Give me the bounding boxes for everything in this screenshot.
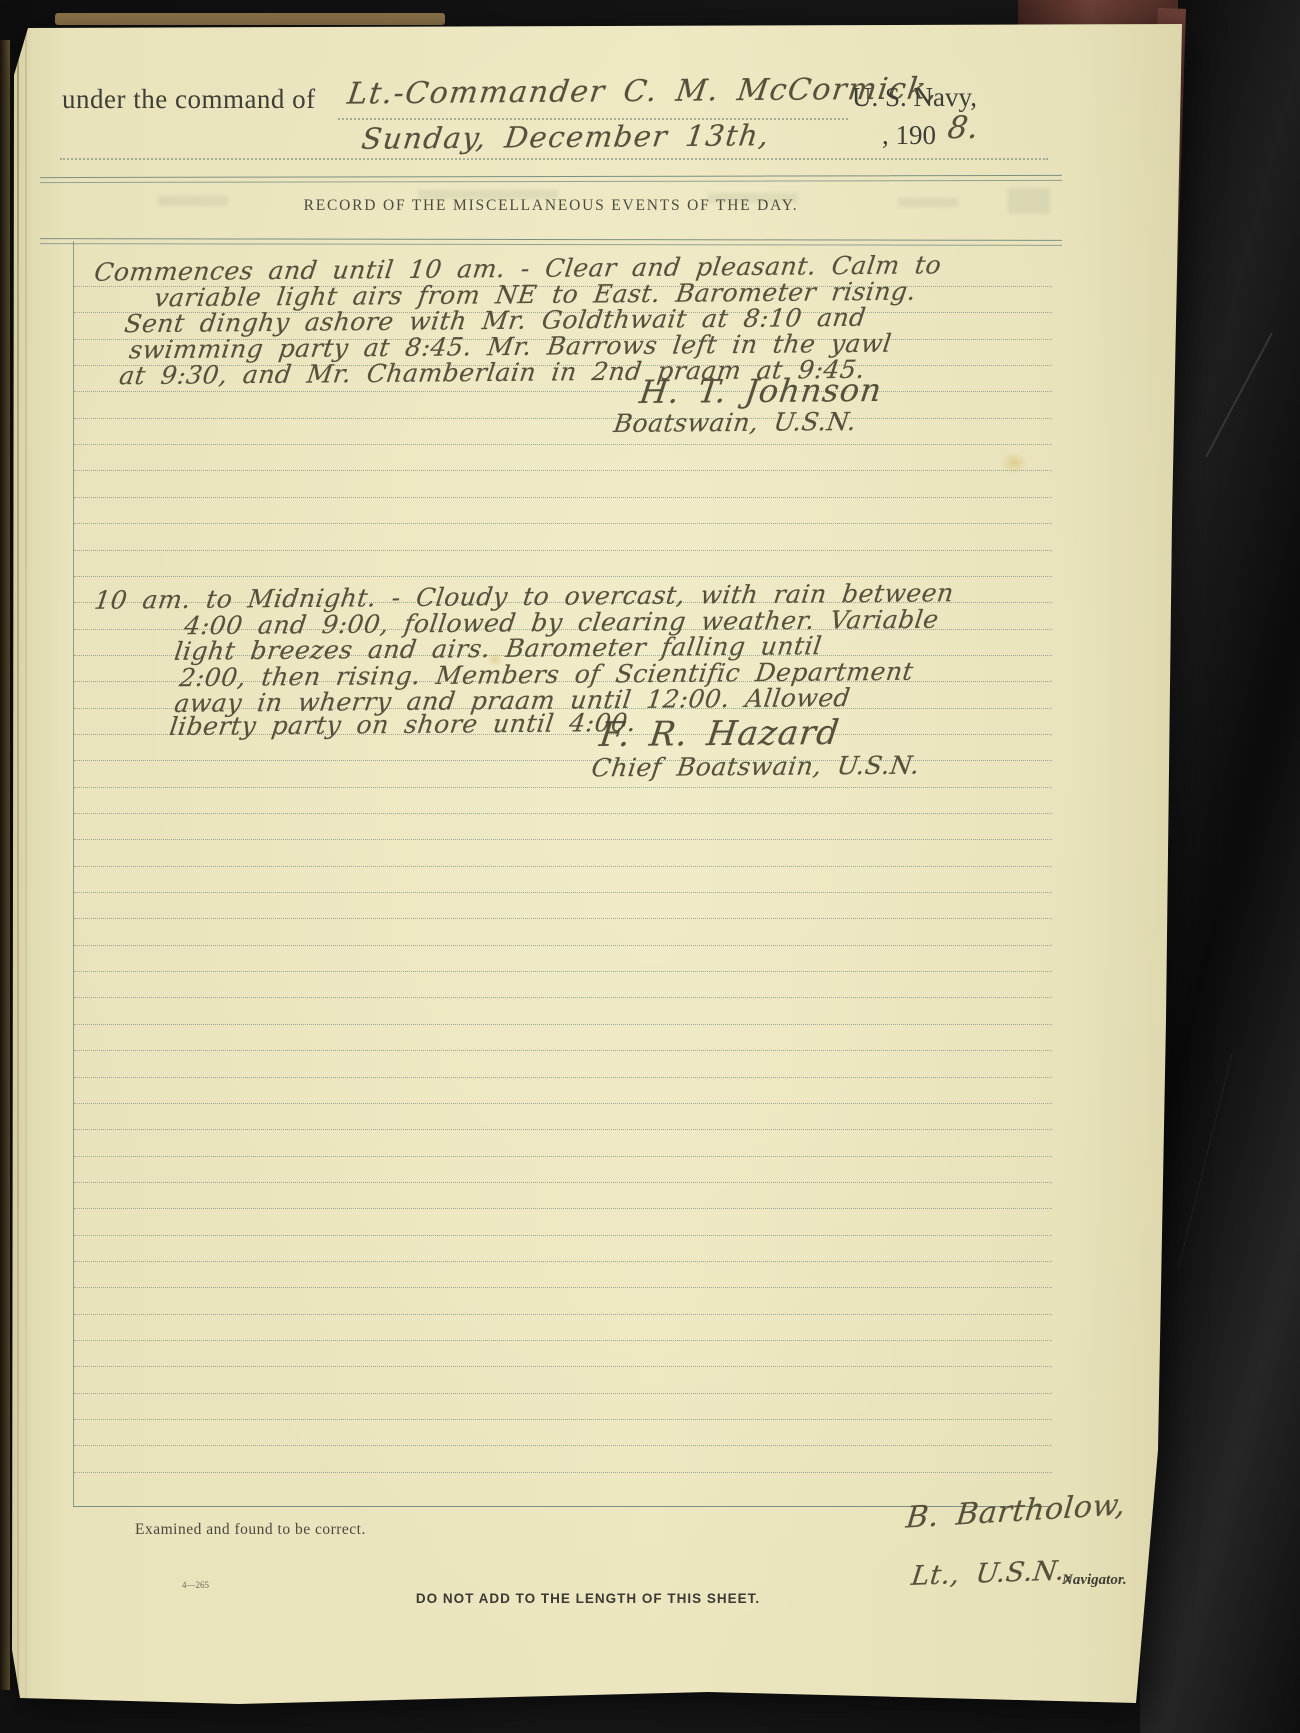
handwritten-dash bbox=[8, 19, 96, 23]
entry-line: liberty party on shore until 4:00. bbox=[168, 708, 638, 741]
ruled-line bbox=[74, 550, 1052, 551]
year-printed-label: , 190 bbox=[882, 120, 936, 151]
ruled-line bbox=[74, 813, 1052, 814]
binding-crease bbox=[25, 20, 27, 1712]
ruled-line bbox=[74, 470, 1052, 471]
ruled-line bbox=[74, 1024, 1052, 1025]
ruled-line bbox=[74, 1287, 1052, 1288]
ruled-line bbox=[74, 1393, 1052, 1394]
ruled-line bbox=[74, 1156, 1052, 1157]
ruled-line bbox=[74, 892, 1052, 893]
ruled-line bbox=[74, 1314, 1052, 1315]
section-heading: RECORD OF THE MISCELLANEOUS EVENTS OF TH… bbox=[40, 197, 1062, 215]
ruled-line bbox=[74, 1103, 1052, 1104]
ruled-line bbox=[74, 866, 1052, 867]
ruled-line bbox=[74, 1445, 1052, 1446]
ruled-line bbox=[74, 1129, 1052, 1130]
ruled-line bbox=[74, 1261, 1052, 1262]
binding-crease bbox=[17, 20, 19, 1712]
ruled-line bbox=[74, 444, 1052, 445]
background-scratch bbox=[1205, 333, 1272, 458]
ruled-line bbox=[74, 497, 1052, 498]
ruled-line bbox=[74, 971, 1052, 972]
ruled-line bbox=[74, 1077, 1052, 1078]
ruled-line bbox=[74, 1419, 1052, 1420]
ruled-line bbox=[74, 1235, 1052, 1236]
length-warning: DO NOT ADD TO THE LENGTH OF THIS SHEET. bbox=[368, 1591, 808, 1606]
logbook-page-wrap: under the command of Lt.-Commander C. M.… bbox=[8, 20, 1188, 1712]
ruled-line bbox=[74, 418, 1052, 419]
ruled-line bbox=[74, 918, 1052, 919]
ruled-line bbox=[74, 576, 1052, 577]
ruled-line bbox=[74, 945, 1052, 946]
double-rule bbox=[40, 238, 1062, 246]
ruled-line bbox=[74, 1472, 1052, 1473]
entry-signature: F. R. Hazard bbox=[597, 713, 842, 755]
ruled-line bbox=[74, 523, 1052, 524]
command-prefix-label: under the command of bbox=[62, 84, 316, 115]
entry-signature-title: Boatswain, U.S.N. bbox=[612, 407, 858, 438]
ruled-line bbox=[74, 1208, 1052, 1209]
ruled-line bbox=[74, 1050, 1052, 1051]
ruled-line bbox=[74, 787, 1052, 788]
navigator-rank-handwriting: Lt., U.S.N., bbox=[910, 1555, 1076, 1592]
ruled-line bbox=[74, 391, 1052, 392]
entry-signature-title: Chief Boatswain, U.S.N. bbox=[590, 751, 922, 783]
ruled-area-bottom-rule bbox=[73, 1506, 1051, 1507]
ruled-line bbox=[74, 1366, 1052, 1367]
form-number: 4—265 bbox=[182, 1580, 209, 1590]
logbook-page: under the command of Lt.-Commander C. M.… bbox=[8, 20, 1188, 1712]
examined-note: Examined and found to be correct. bbox=[135, 1521, 366, 1539]
ruled-line bbox=[74, 1340, 1052, 1341]
double-rule bbox=[40, 175, 1062, 183]
ruled-line bbox=[74, 997, 1052, 998]
year-handwriting: 8. bbox=[946, 110, 981, 146]
ruled-line bbox=[74, 1182, 1052, 1183]
entry-signature: H. T. Johnson bbox=[637, 371, 884, 411]
date-handwriting: Sunday, December 13th, bbox=[360, 118, 773, 156]
ruled-lines bbox=[74, 286, 1052, 1508]
navy-suffix-label: U. S. Navy, bbox=[852, 82, 977, 113]
date-fill-line bbox=[60, 158, 1048, 160]
ruled-line bbox=[74, 839, 1052, 840]
navigator-title-label: Navigator. bbox=[1062, 1572, 1127, 1589]
